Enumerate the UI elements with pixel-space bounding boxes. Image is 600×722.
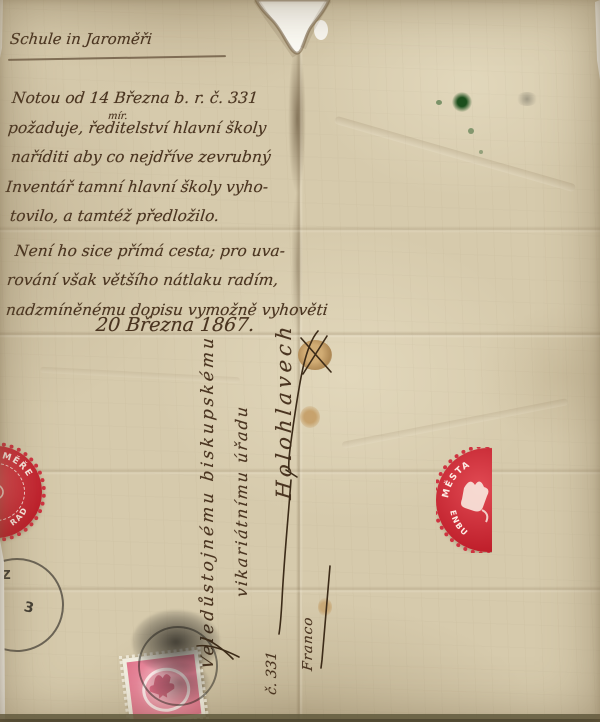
svg-text:ENBU: ENBU xyxy=(448,509,470,538)
letter-heading: Schule in Jaroměři xyxy=(9,30,153,48)
body-line: Inventář tamní hlavní školy vyho- xyxy=(4,173,319,203)
wax-seal-left: MĚŘE RAD xyxy=(0,446,42,538)
seal-right-arc-text: MĚSTA ENBU xyxy=(436,448,492,552)
franco-note: Franco xyxy=(300,616,316,672)
gray-smudge xyxy=(516,92,538,106)
seal-wreath xyxy=(0,463,25,521)
postmark-letter: Z xyxy=(2,568,11,582)
horizontal-crease-2 xyxy=(0,331,600,338)
address-line-2: vikariátnímu úřadu xyxy=(232,404,251,598)
green-ink-speck xyxy=(479,150,483,154)
postmark-letter: 3 xyxy=(22,599,35,617)
body-line: tovilo, a tamtéž předložilo. xyxy=(4,202,319,232)
body-line: Není ho sice přímá cesta; pro uva- xyxy=(4,237,319,267)
green-ink-speck xyxy=(468,128,474,134)
torn-hole-lobe xyxy=(314,20,328,40)
letter-body: Notou od 14 Března b. r. č. 331 požaduje… xyxy=(6,84,318,325)
left-edge-sliver-top xyxy=(0,0,3,58)
letter-scan: Schule in Jaroměři Notou od 14 Března b.… xyxy=(0,0,600,722)
wax-seal-right: MĚSTA ENBU xyxy=(436,447,492,553)
heading-underline xyxy=(8,55,226,61)
horizontal-crease-4 xyxy=(0,586,600,593)
right-edge-tear xyxy=(595,0,600,80)
torn-hole xyxy=(256,0,329,53)
postage-stamp xyxy=(122,650,206,722)
inserted-word: mír. xyxy=(107,111,128,122)
stamp-oval-ring xyxy=(140,665,193,715)
address-line-1: Veledůstojnému biskupskému xyxy=(198,334,218,670)
address-place: Holohlavech xyxy=(272,321,296,500)
body-line: naříditi aby co nejdříve zevrubný xyxy=(4,143,319,173)
seal-lion-emblem xyxy=(461,481,488,511)
body-line: Notou od 14 Března b. r. č. 331 xyxy=(4,84,319,114)
date-line: 20 Března 1867. xyxy=(95,314,256,336)
body-line: požaduje, ředitelství hlavní školy xyxy=(4,114,319,144)
svg-text:MĚSTA: MĚSTA xyxy=(441,460,473,499)
green-ink-speck xyxy=(436,100,442,105)
seal-disc: MĚSTA ENBU xyxy=(436,448,492,552)
body-line: rování však většího nátlaku radím, xyxy=(4,266,319,296)
wax-stain xyxy=(298,340,332,370)
horizontal-crease-3 xyxy=(0,468,600,475)
wrinkle-shadow xyxy=(341,398,568,449)
stamp-frame xyxy=(127,654,202,722)
wrinkle-shadow xyxy=(334,116,577,193)
wax-stain xyxy=(300,406,320,428)
reference-number: č. 331 xyxy=(264,651,280,696)
hole-singe xyxy=(256,0,329,56)
bottom-scan-edge xyxy=(0,714,600,722)
green-ink-blot xyxy=(452,92,472,112)
wax-stain xyxy=(318,598,332,616)
